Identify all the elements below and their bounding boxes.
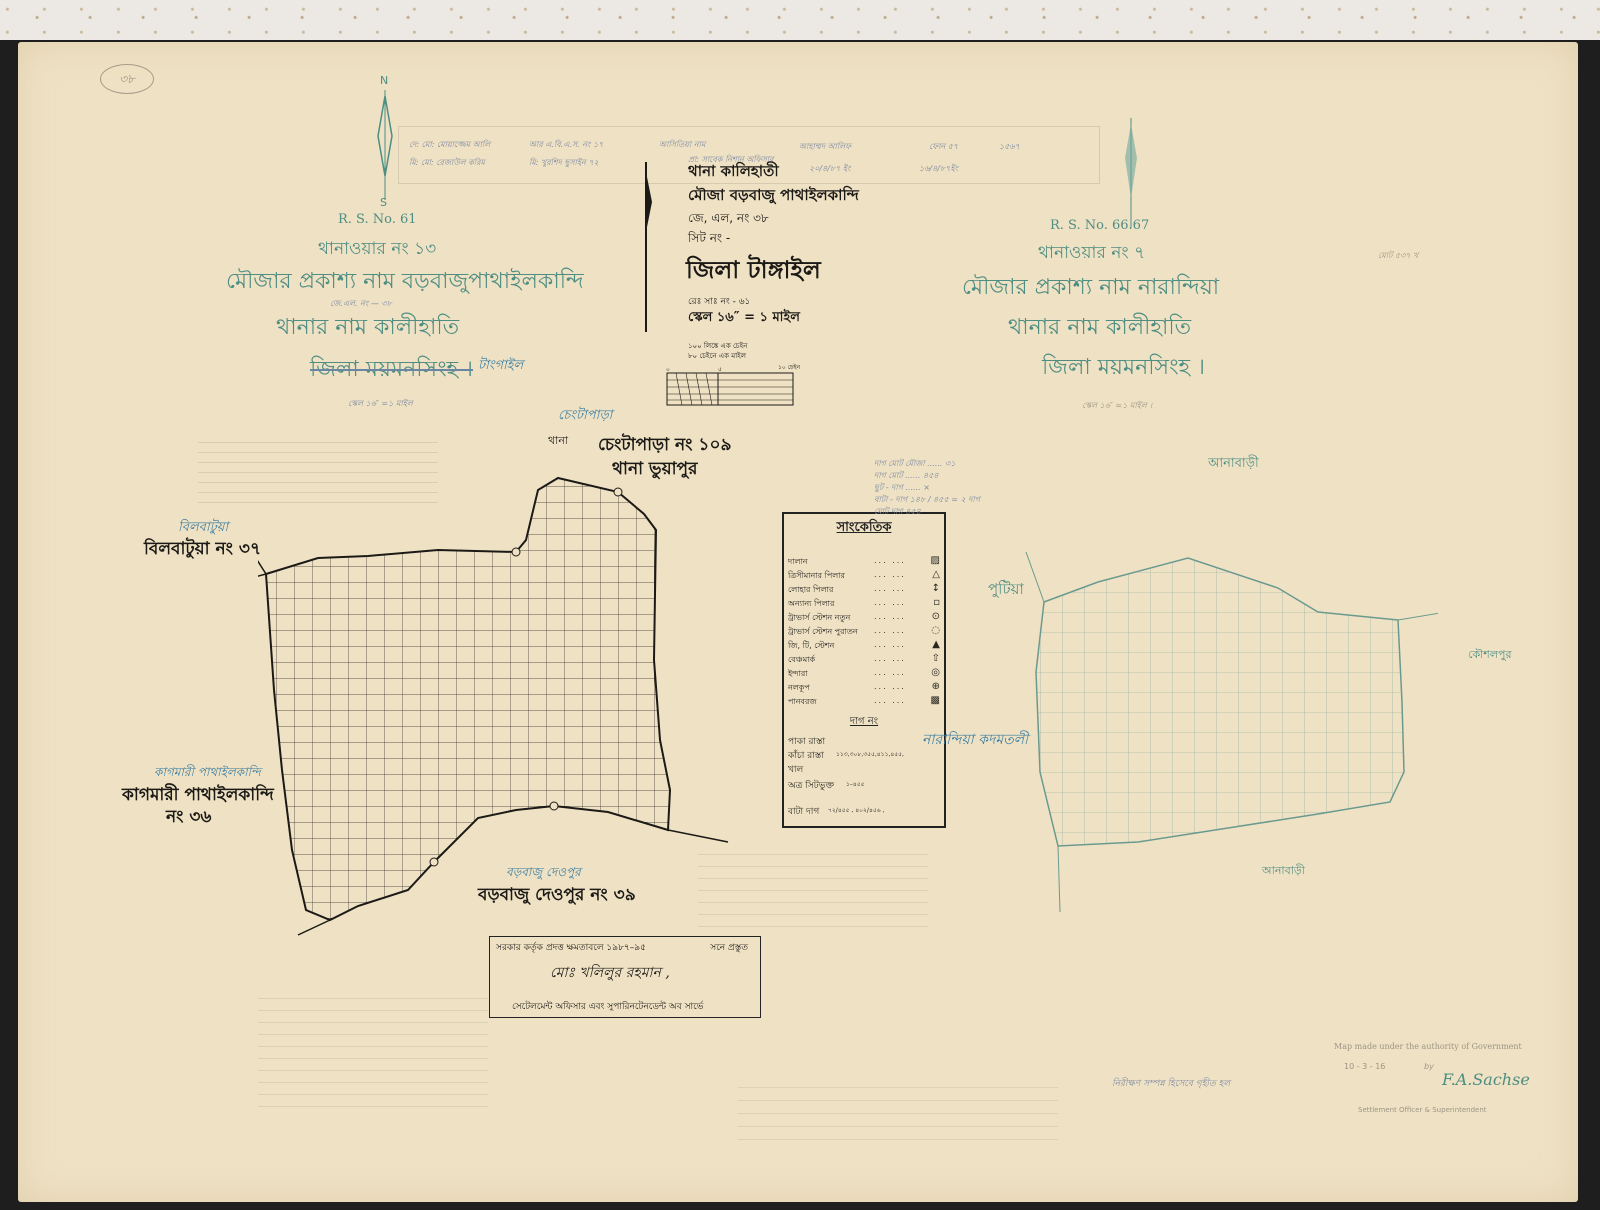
thana-title: থানা কালিহাতী (688, 160, 779, 182)
north-neighbor-thana: থানা ভুয়াপুর (612, 456, 697, 484)
left-scale: স্কেল ১৬″ =১ মাইল (348, 398, 413, 411)
dag-tally: দাগ মোট মৌজা ...... ৩১ দাগ মোট ...... ৪৫… (874, 458, 980, 518)
record-cell: মি: খুরশিদ ছুসাইন ৭২ (529, 157, 599, 170)
west-neighbor-mouza: বিলবাটুয়া নং ৩৭ (144, 536, 261, 564)
scale-bar-diagram (666, 372, 796, 408)
right-map-southwest-label: নারান্দিয়া কদমতলী (922, 728, 1028, 752)
southwest-neighbor-correction: কাগমারী পাথাইলকান্দি (154, 764, 261, 784)
legend-title: সাংকেতিক (784, 518, 944, 539)
right-thanawar: থানাওয়ার নং ৭ (1038, 240, 1145, 268)
tubewell-icon: ⊕ (932, 681, 940, 692)
record-cell: ১৬/৪/৮৭ইং (919, 163, 958, 176)
legend-item: ইন্দারা... ...◎ (788, 668, 940, 681)
legend-item: ত্রিসীমানার পিলার... ...△ (788, 570, 940, 583)
right-map-east-label: কৌশলপুর (1468, 646, 1512, 665)
parcel-map-main (258, 470, 738, 940)
officer-signature: মোঃ খলিলুর রহমান , (550, 961, 670, 985)
authority-designation: Settlement Officer & Superintendent (1358, 1106, 1487, 1114)
certification-header-right: সনে প্রস্তুত (710, 940, 748, 955)
left-district-correction: টাংগাইল (478, 356, 523, 377)
legend-item: দালান... ...▨ (788, 556, 940, 569)
gt-station-icon: ▲ (932, 639, 940, 650)
dag-row: কাঁচা রাস্তা১১৩,৩০৮,৩৫৫,৪১১,৪৫৫, (788, 748, 940, 761)
left-thanawar: থানাওয়ার নং ১৩ (318, 236, 436, 264)
north-arrow-icon (642, 162, 656, 332)
traverse-station-old-icon: ◌ (931, 625, 940, 636)
left-rs-number: R. S. No. 61 (338, 212, 417, 227)
building-icon: ▨ (931, 555, 940, 566)
record-cell: আসিতিয়া নাম (659, 139, 705, 152)
compass-north-label: N (380, 74, 388, 87)
dag-row: বাটা দাগ৭২/৪৫৫ , ৪০২/৪৫৬ , (788, 804, 940, 817)
map-sheet: ৩৮ দে: মো: মোয়াজ্জেম আলি আর এ.বি.এ.স. ন… (18, 42, 1578, 1202)
left-mouza-public-name: মৌজার প্রকাশ্য নাম বড়বাজুপাথাইলকান্দি (226, 264, 584, 301)
authority-signature: F.A.Sachse (1442, 1070, 1530, 1089)
right-map-west-label: পুটিয়া (988, 578, 1024, 603)
pencil-notes (698, 848, 928, 938)
authority-by: by (1424, 1062, 1434, 1071)
right-corner-note: মোট ৫৩৭ খ (1378, 250, 1418, 263)
dag-row: অত্র সিটভুক্ত১–৪৫৫ (788, 778, 940, 791)
right-mouza-public-name: মৌজার প্রকাশ্য নাম নারান্দিয়া (962, 270, 1219, 307)
betel-garden-icon: ▩ (931, 695, 940, 706)
record-cell: ২০/৪/৮৭ ইং (809, 163, 851, 176)
other-pillar-icon: ▫ (933, 597, 940, 608)
legend-item: পানবরজ... ...▩ (788, 696, 940, 709)
mouza-title: মৌজা বড়বাজু পাথাইলকান্দি (688, 184, 859, 206)
record-cell: আর এ.বি.এ.স. নং ১৭ (529, 139, 603, 152)
legend-item: অন্যান্য পিলার... ...▫ (788, 598, 940, 611)
approval-note: নিরীক্ষণ সম্পন্ন হিসেবে গৃহীত হল (1112, 1076, 1230, 1091)
scale-text: স্কেল ১৬″ = ১ মাইল (688, 308, 800, 329)
right-rs-number: R. S. No. 66.67 (1050, 218, 1149, 233)
north-neighbor-correction: চেংটাপাড়া (558, 406, 612, 427)
dag-row: পাকা রাস্তা (788, 734, 940, 747)
authority-text: Map made under the authority of Governme… (1334, 1042, 1522, 1051)
district-title: জিলা টাঙ্গাইল (686, 252, 821, 292)
right-scale: স্কেল ১৬″ =১ মাইল । (1082, 400, 1152, 413)
pencil-notes (258, 998, 488, 1118)
legend-box: সাংকেতিক দালান... ...▨ ত্রিসীমানার পিলার… (782, 512, 946, 828)
south-neighbor-correction: বড়বাজু দেওপুর (506, 864, 581, 884)
parcel-map-neighbor (1018, 552, 1438, 912)
jl-number: জে, এল, নং ৩৮ (688, 210, 769, 230)
sheet-number: সিট নং - (688, 230, 730, 250)
right-thana-name: থানার নাম কালীহাতি (1008, 310, 1191, 347)
traverse-station-new-icon: ⊙ (932, 611, 940, 622)
record-cell: ফোন ৫৭ (929, 141, 958, 154)
legend-item: বেঞ্চমার্ক... ...⇧ (788, 654, 940, 667)
legend-item: ট্রাভার্স স্টেশন নতুন... ...⊙ (788, 612, 940, 625)
left-district: জিলা ময়মনসিংহ । (310, 352, 473, 389)
certification-block: সরকার কর্তৃক প্রদত্ত ক্ষমতাবলে ১৯৮৭–৯৫ স… (489, 936, 761, 1018)
record-cell: আহাম্মদ আলিফ (799, 141, 851, 154)
north-arrow-icon (370, 76, 400, 206)
legend-item: নলকূপ... ...⊕ (788, 682, 940, 695)
compass-south-label: S (380, 196, 387, 209)
corner-sheet-mark: ৩৮ (100, 64, 154, 94)
legend-item: জি, টি, স্টেশন... ...▲ (788, 640, 940, 653)
north-thana-prefix: থানা (548, 432, 568, 451)
southwest-neighbor-number: নং ৩৬ (166, 804, 212, 832)
record-cell: ১৫৬৭ (999, 141, 1020, 154)
scanner-background-strip (0, 0, 1600, 40)
record-cell: দে: মো: মোয়াজ্জেম আলি (409, 139, 490, 152)
record-cell: মি: মো: রেজাউল করিম (409, 157, 485, 170)
tri-junction-pillar-icon: △ (932, 569, 940, 580)
iron-pillar-icon: ↕ (932, 583, 940, 594)
right-district: জিলা ময়মনসিংহ । (1042, 350, 1205, 387)
authority-date: 10 - 3 - 16 (1344, 1062, 1385, 1071)
legend-item: লোহার পিলার... ...↕ (788, 584, 940, 597)
north-arrow-icon (1120, 118, 1142, 228)
pencil-notes (198, 442, 438, 512)
well-icon: ◎ (931, 667, 940, 678)
certification-header: সরকার কর্তৃক প্রদত্ত ক্ষমতাবলে ১৯৮৭–৯৫ (496, 940, 646, 955)
rs-number: রেঃ সাঃ নং - ৬১ (688, 294, 750, 309)
legend-item: ট্রাভার্স স্টেশন পুরাতন... ...◌ (788, 626, 940, 639)
pencil-notes (738, 1082, 1058, 1152)
right-map-north-label: আনাবাড়ী (1208, 454, 1259, 475)
dag-header: দাগ নং (784, 714, 944, 731)
left-thana-name: থানার নাম কালীহাতি (276, 310, 459, 347)
south-neighbor-mouza: বড়বাজু দেওপুর নং ৩৯ (478, 882, 636, 910)
officer-designation: সেটেলমেন্ট অফিসার এবং সুপারিনটেনডেন্ট অব… (512, 999, 703, 1014)
dag-row: খাল (788, 762, 940, 775)
benchmark-icon: ⇧ (932, 653, 940, 664)
scale-note: ৮০ চেইনে এক মাইল (688, 350, 746, 362)
right-map-south-label: আনাবাড়ী (1262, 862, 1305, 881)
